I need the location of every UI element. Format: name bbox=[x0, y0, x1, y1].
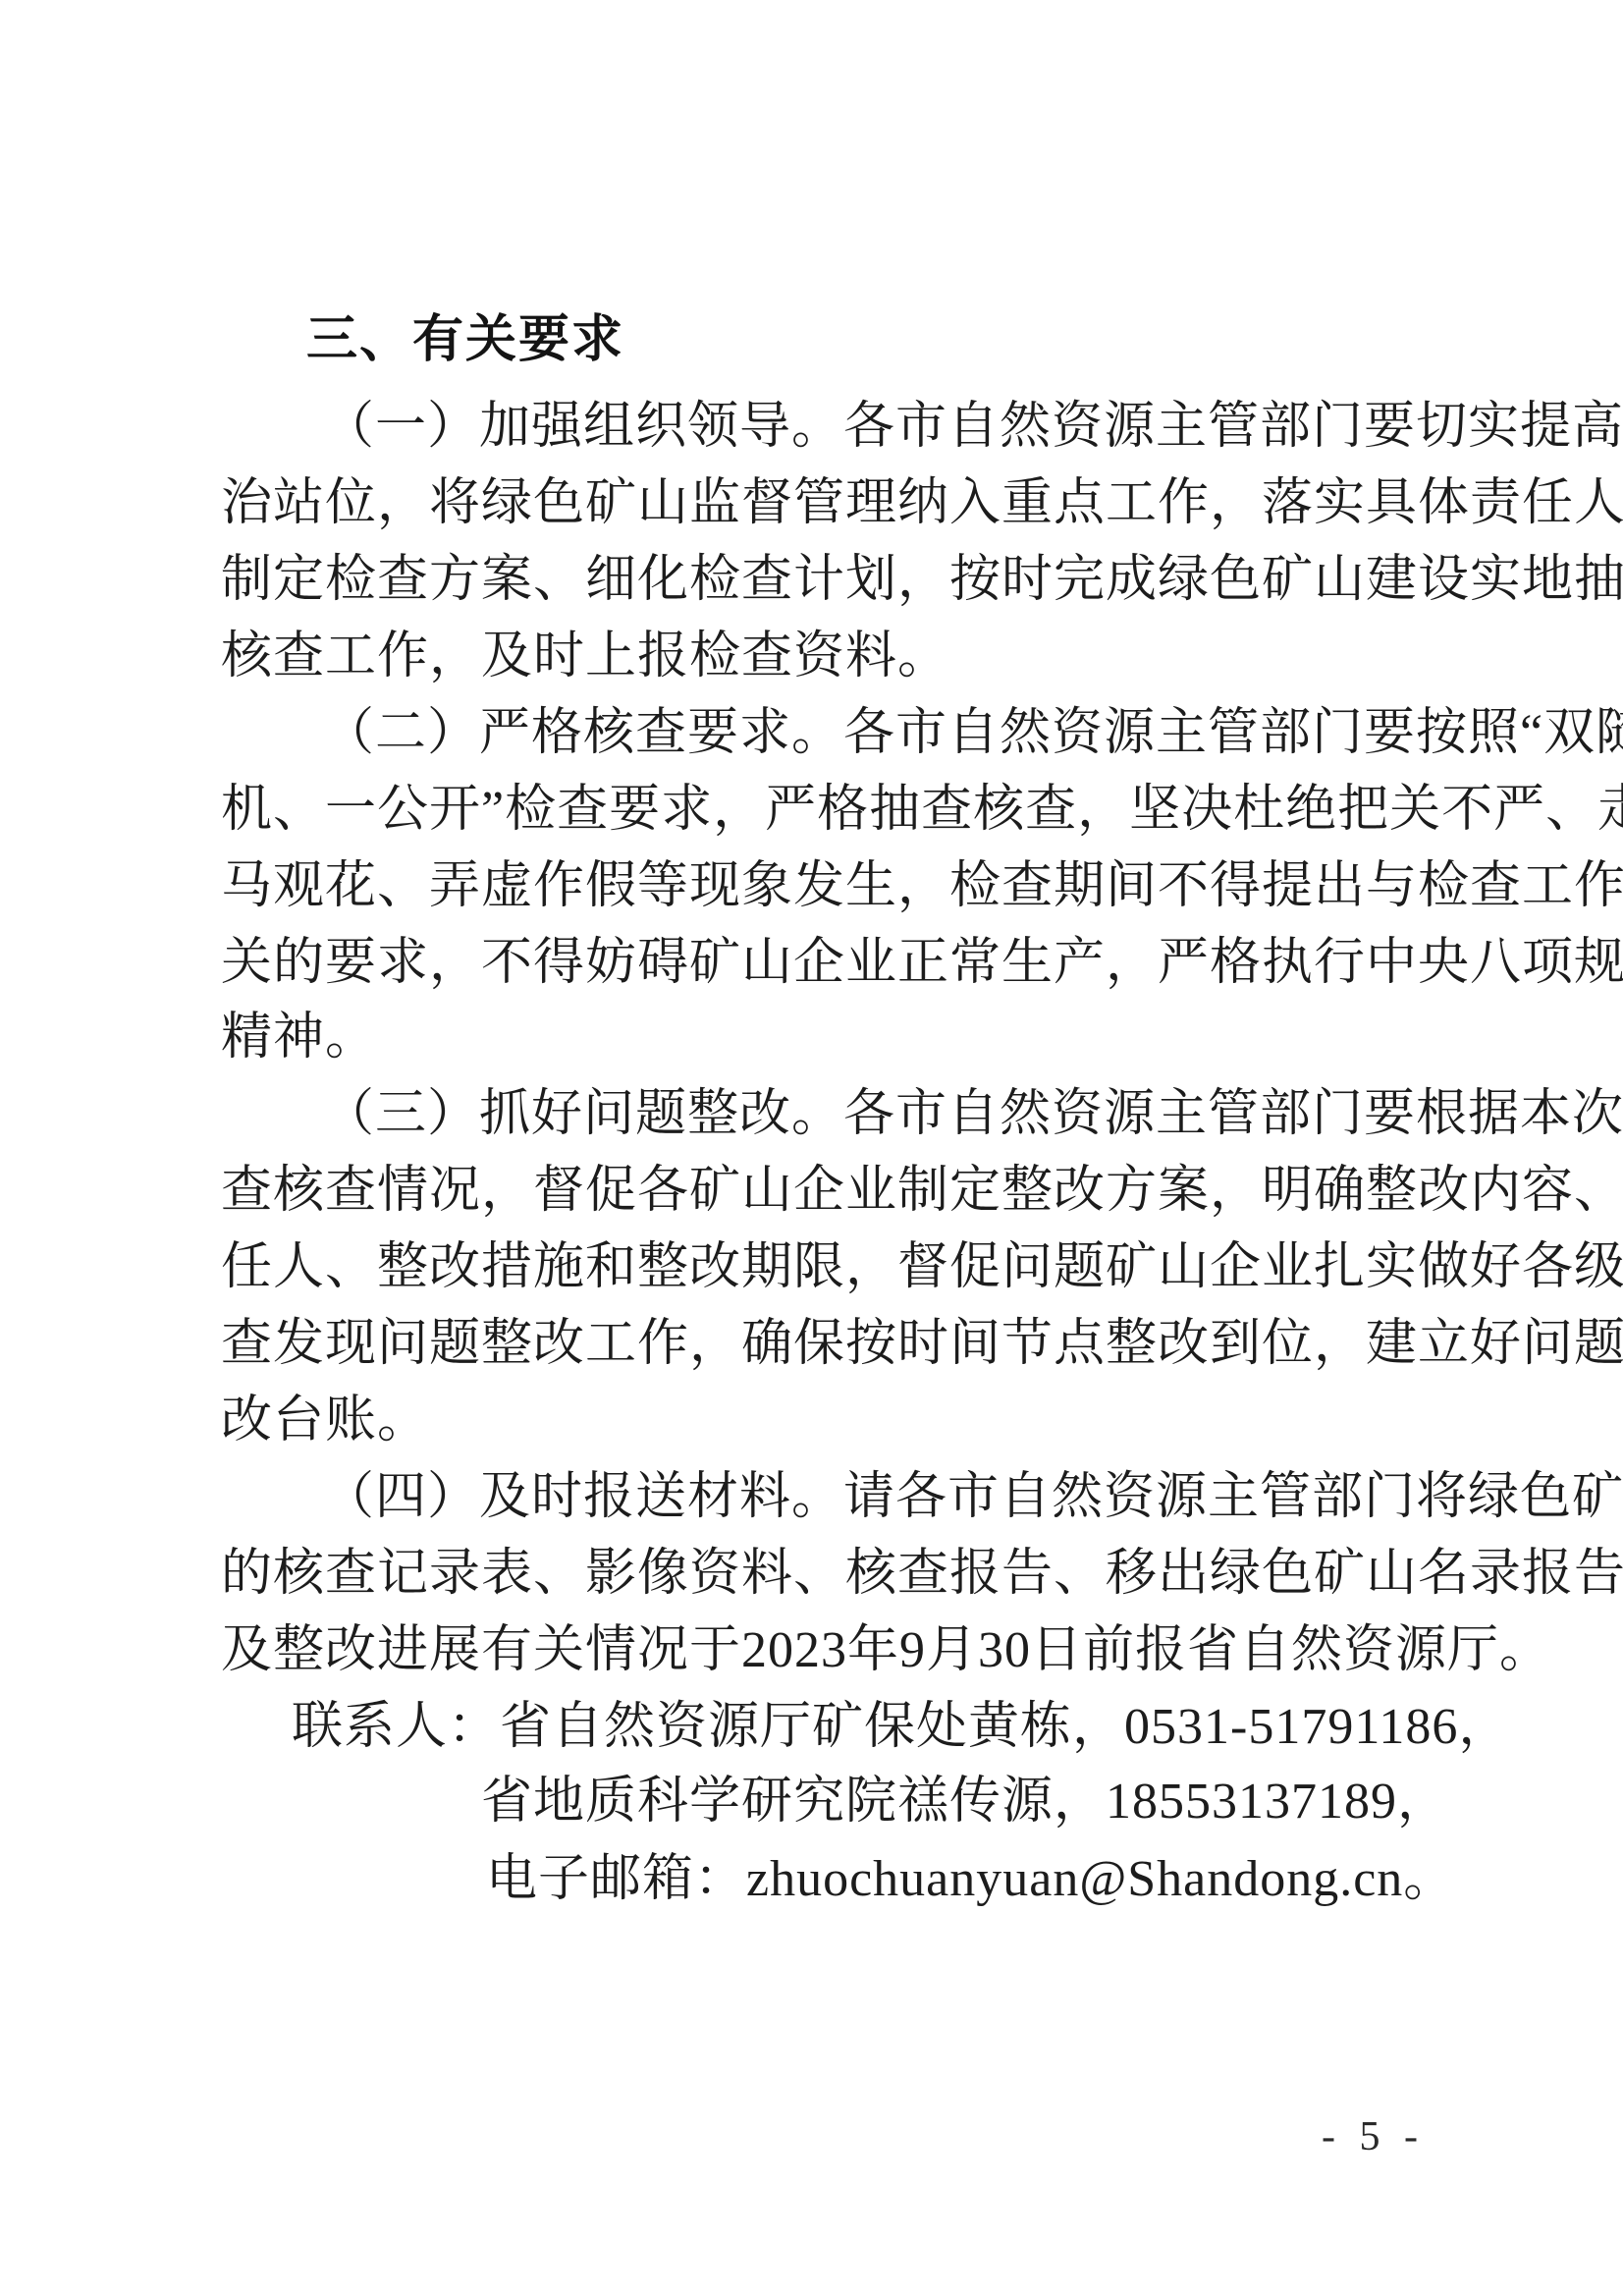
body-line: 马观花、弄虚作假等现象发生，检查期间不得提出与检查工作无 bbox=[221, 857, 1448, 916]
body-line: 治站位，将绿色矿山监督管理纳入重点工作，落实具体责任人， bbox=[221, 474, 1448, 533]
body-line: （二）严格核查要求。各市自然资源主管部门要按照“双随 bbox=[221, 704, 1550, 763]
body-line: 查发现问题整改工作，确保按时间节点整改到位，建立好问题整 bbox=[221, 1315, 1448, 1374]
body-line: 改台账。 bbox=[221, 1392, 1448, 1450]
body-line: （三）抓好问题整改。各市自然资源主管部门要根据本次抽 bbox=[221, 1085, 1550, 1144]
section-heading: 三、有关要求 bbox=[306, 312, 624, 367]
body-line: 精神。 bbox=[221, 1009, 1448, 1067]
body-line: 的核查记录表、影像资料、核查报告、移出绿色矿山名录报告以 bbox=[221, 1545, 1448, 1604]
body-line: 核查工作，及时上报检查资料。 bbox=[221, 628, 1448, 686]
body-line: 机、一公开”检查要求，严格抽查核查，坚决杜绝把关不严、走 bbox=[221, 781, 1448, 840]
body-line: 查核查情况，督促各矿山企业制定整改方案，明确整改内容、责 bbox=[221, 1162, 1448, 1221]
body-line: （四）及时报送材料。请各市自然资源主管部门将绿色矿山 bbox=[221, 1468, 1550, 1527]
page-number: - 5 - bbox=[1322, 2113, 1425, 2160]
contact-line: 省地质科学研究院禚传源，18553137189， bbox=[221, 1773, 1623, 1831]
body-line: 及整改进展有关情况于2023年9月30日前报省自然资源厅。 bbox=[221, 1621, 1448, 1680]
contact-line: 联系人：省自然资源厅矿保处黄栋，0531-51791186， bbox=[221, 1698, 1519, 1757]
document-page: 三、有关要求 （一）加强组织领导。各市自然资源主管部门要切实提高政 治站位，将绿… bbox=[0, 0, 1623, 2296]
body-line: 任人、整改措施和整改期限，督促问题矿山企业扎实做好各级检 bbox=[221, 1238, 1448, 1297]
body-line: （一）加强组织领导。各市自然资源主管部门要切实提高政 bbox=[221, 398, 1550, 457]
contact-line: 电子邮箱：zhuochuanyuan@Shandong.cn。 bbox=[221, 1850, 1623, 1909]
body-line: 关的要求，不得妨碍矿山企业正常生产，严格执行中央八项规定 bbox=[221, 934, 1448, 993]
body-line: 制定检查方案、细化检查计划，按时完成绿色矿山建设实地抽查 bbox=[221, 551, 1448, 610]
